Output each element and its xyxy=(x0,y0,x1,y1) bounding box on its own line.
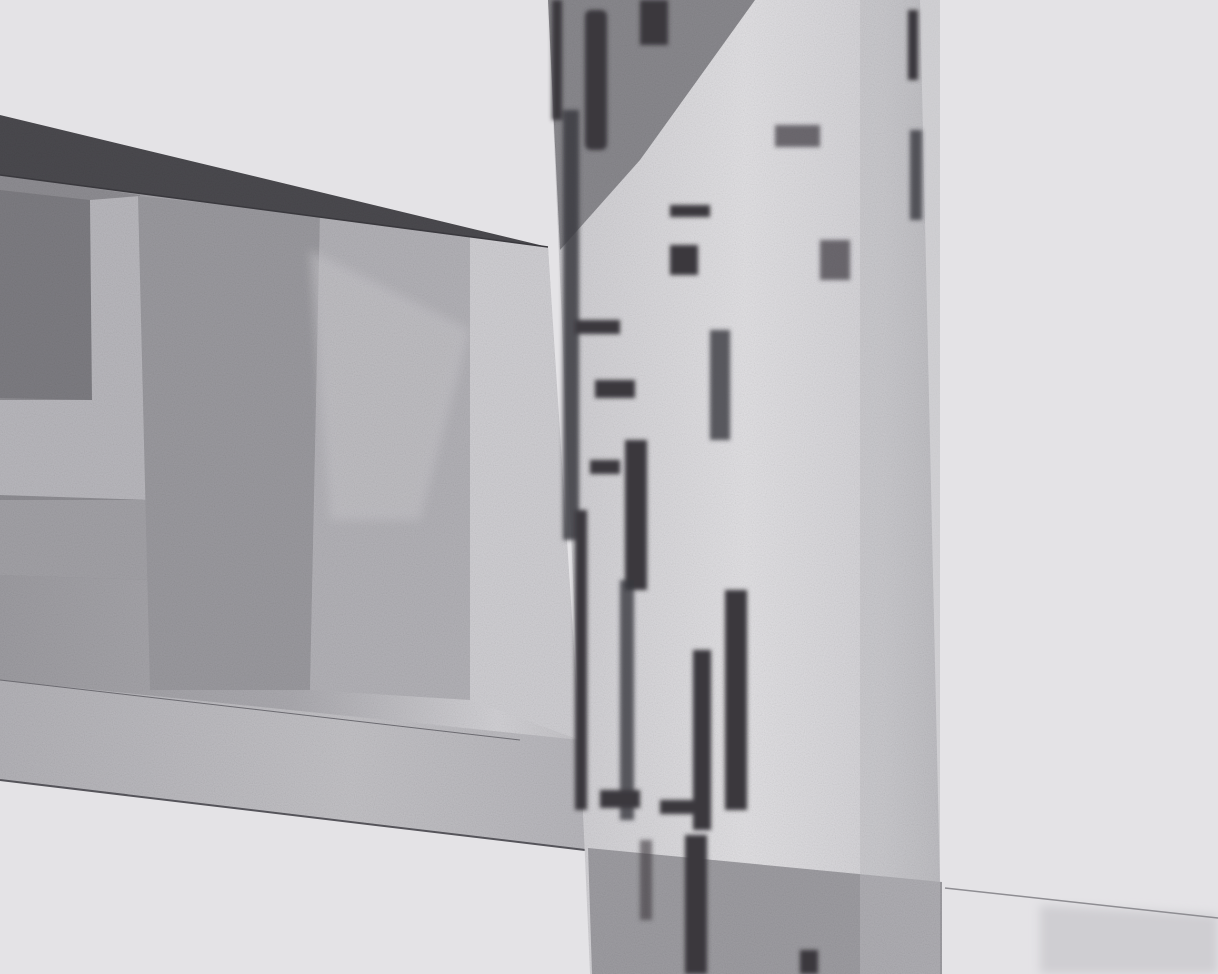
central-column xyxy=(548,0,942,974)
left-box xyxy=(0,170,585,850)
graphite-drawing xyxy=(0,0,1218,974)
